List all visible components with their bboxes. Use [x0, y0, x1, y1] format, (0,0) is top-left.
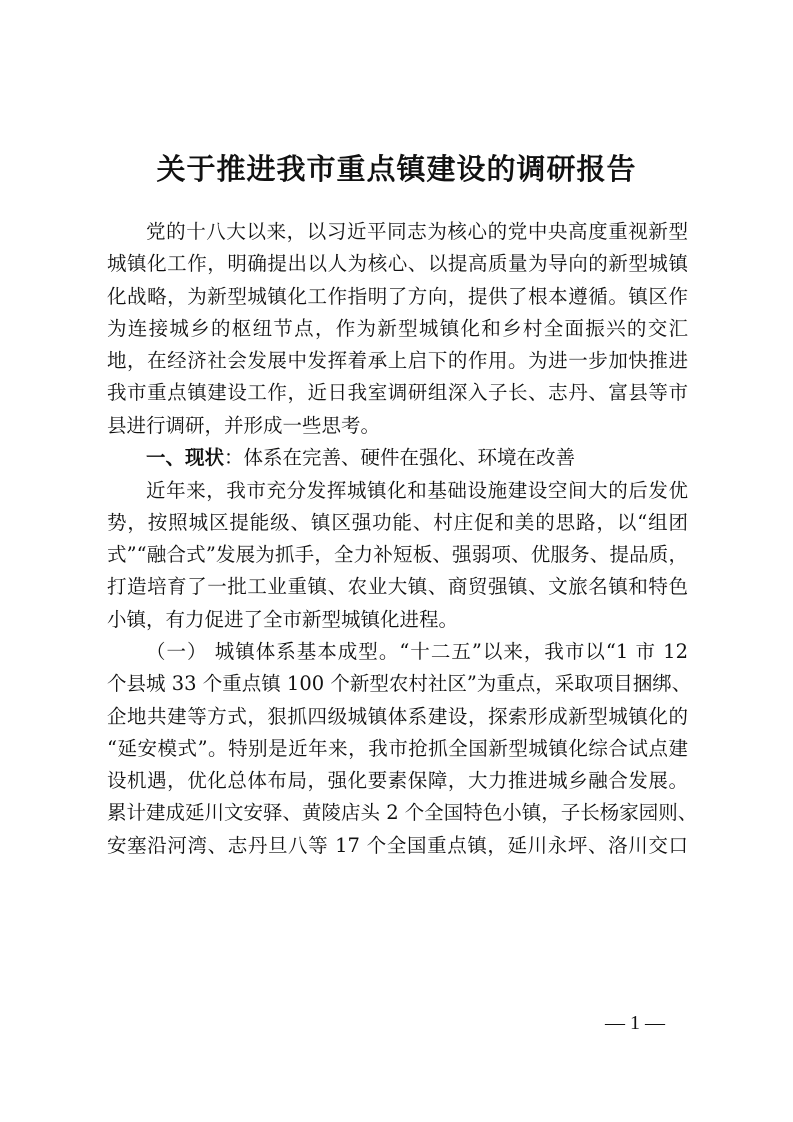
- text-line: 累计建成延川文安驿、黄陵店头 2 个全国特色小镇，子长杨家园则、: [107, 797, 688, 829]
- document-title: 关于推进我市重点镇建设的调研报告: [0, 147, 793, 188]
- text-line: 安塞沿河湾、志丹旦八等 17 个全国重点镇，延川永坪、洛川交口: [107, 830, 688, 862]
- text-line: “延安模式”。特别是近年来，我市抢抓全国新型城镇化综合试点建: [107, 733, 688, 765]
- text-line: 地，在经济社会发展中发挥着承上启下的作用。为进一步加快推进: [107, 345, 688, 377]
- text-line: 化战略，为新型城镇化工作指明了方向，提供了根本遵循。镇区作: [107, 281, 688, 313]
- text-line: 企地共建等方式，狠抓四级城镇体系建设，探索形成新型城镇化的: [107, 701, 688, 733]
- text-line: 式”“融合式”发展为抓手，全力补短板、强弱项、优服务、提品质，: [107, 539, 688, 571]
- text-line: 为连接城乡的枢纽节点，作为新型城镇化和乡村全面振兴的交汇: [107, 313, 688, 345]
- text-line: 我市重点镇建设工作，近日我室调研组深入子长、志丹、富县等市: [107, 377, 688, 409]
- text-line: 小镇，有力促进了全市新型城镇化进程。: [107, 604, 688, 636]
- text-line: 党的十八大以来，以习近平同志为核心的党中央高度重视新型: [146, 216, 688, 248]
- text-line: （一） 城镇体系基本成型。“十二五”以来，我市以“1 市 12: [146, 636, 688, 668]
- section-heading-text: ：体系在完善、硬件在强化、环境在改善: [224, 446, 575, 469]
- section-heading: 一、现状：体系在完善、硬件在强化、环境在改善: [146, 442, 688, 474]
- text-line: 城镇化工作，明确提出以人为核心、以提高质量为导向的新型城镇: [107, 248, 688, 280]
- page-number: — 1 —: [605, 1012, 665, 1035]
- text-line: 打造培育了一批工业重镇、农业大镇、商贸强镇、文旅名镇和特色: [107, 571, 688, 603]
- text-line: 势，按照城区提能级、镇区强功能、村庄促和美的思路，以“组团: [107, 507, 688, 539]
- section-heading-label: 一、现状: [146, 446, 224, 469]
- text-line: 设机遇，优化总体布局，强化要素保障，大力推进城乡融合发展。: [107, 765, 688, 797]
- text-line: 近年来，我市充分发挥城镇化和基础设施建设空间大的后发优: [146, 475, 688, 507]
- text-line: 个县城 33 个重点镇 100 个新型农村社区”为重点，采取项目捆绑、: [107, 668, 688, 700]
- text-line: 县进行调研，并形成一些思考。: [107, 410, 688, 442]
